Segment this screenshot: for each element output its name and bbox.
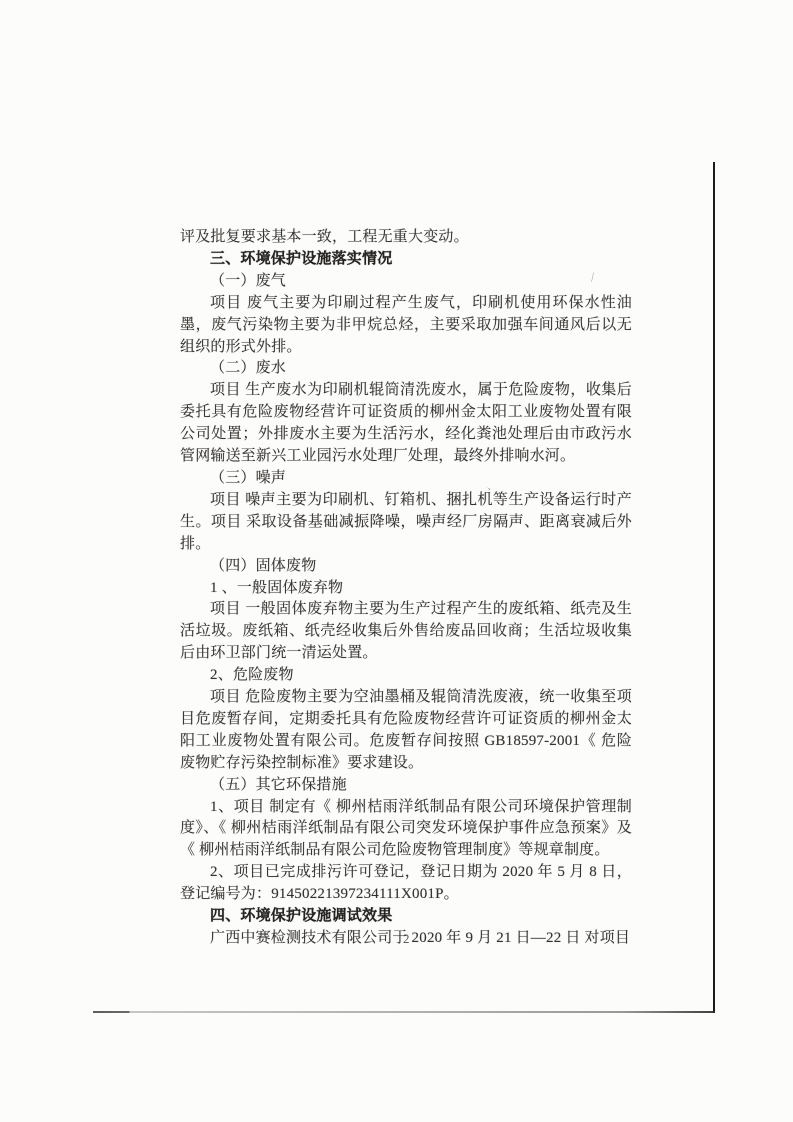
document-body: 评及批复要求基本一致，工程无重大变动。三、环境保护设施落实情况（一）废气项目 废…	[180, 227, 632, 950]
document-paragraph: 2、危险废物	[180, 665, 632, 687]
document-paragraph: 项目 噪声主要为印刷机、钉箱机、捆扎机等生产设备运行时产生。项目 采取设备基础减…	[180, 490, 632, 556]
document-paragraph: 四、环境保护设施调试效果	[180, 906, 632, 928]
scanned-document-page: 评及批复要求基本一致，工程无重大变动。三、环境保护设施落实情况（一）废气项目 废…	[0, 0, 793, 1122]
document-paragraph: 三、环境保护设施落实情况	[180, 249, 632, 271]
page-number: 2	[403, 931, 410, 947]
document-paragraph: 项目 废气主要为印刷过程产生废气，印刷机使用环保水性油墨，废气污染物主要为非甲烷…	[180, 293, 632, 359]
document-paragraph: 1 、一般固体废弃物	[180, 578, 632, 600]
scan-page-edge-right	[713, 162, 715, 1013]
document-paragraph: 项目 危险废物主要为空油墨桶及辊筒清洗废液，统一收集至项目危废暂存间，定期委托具…	[180, 687, 632, 775]
document-paragraph: （二）废水	[180, 358, 632, 380]
document-paragraph: 2、项目已完成排污许可登记，登记日期为 2020 年 5 月 8 日，登记编号为…	[180, 862, 632, 906]
document-paragraph: 项目 生产废水为印刷机辊筒清洗废水，属于危险废物，收集后委托具有危险废物经营许可…	[180, 380, 632, 468]
document-paragraph: 项目 一般固体废弃物主要为生产过程产生的废纸箱、纸壳及生活垃圾。废纸箱、纸壳经收…	[180, 599, 632, 665]
document-paragraph: 评及批复要求基本一致，工程无重大变动。	[180, 227, 632, 249]
document-paragraph: （五）其它环保措施	[180, 775, 632, 797]
document-paragraph: （一）废气	[180, 271, 632, 293]
scan-page-edge-bottom	[93, 1011, 715, 1013]
document-paragraph: （四）固体废物	[180, 556, 632, 578]
document-paragraph: （三）噪声	[180, 468, 632, 490]
document-paragraph: 1、项目 制定有《 柳州桔雨洋纸制品有限公司环境保护管理制度》、《 柳州桔雨洋纸…	[180, 797, 632, 863]
scan-speck: 、	[487, 481, 498, 492]
